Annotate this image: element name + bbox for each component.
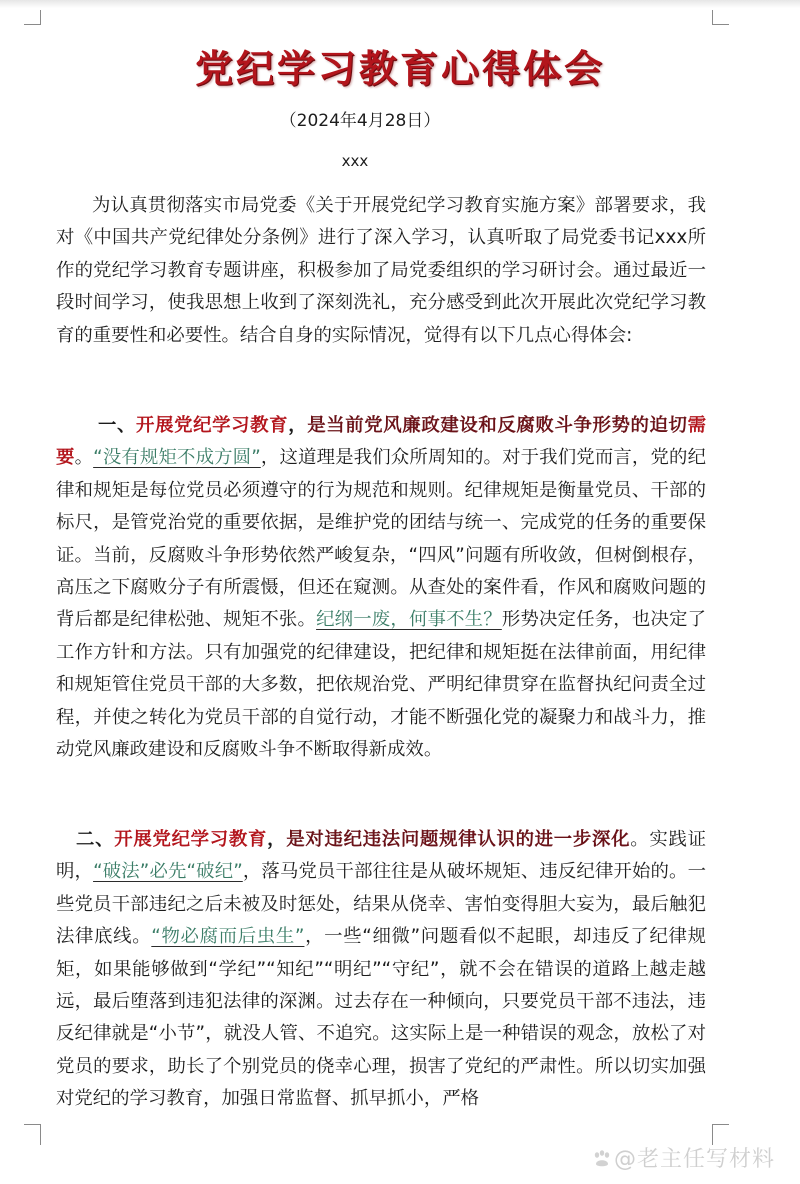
- section-two-heading-separator: ，: [267, 829, 286, 850]
- section-two-number: 二、: [76, 829, 114, 850]
- document-title: 党纪学习教育心得体会: [0, 38, 800, 93]
- section-one-quote-discipline[interactable]: 纪纲一废，何事不生？: [316, 609, 502, 630]
- document-author: xxx: [0, 152, 710, 170]
- section-two-heading-main: 是对违纪违法问题规律认识的进一步深化: [286, 829, 630, 850]
- section-one-heading-main: 是当前党风廉政建设和反腐败斗争形势的迫切: [307, 415, 687, 436]
- section-two-text-part2: ，一些“细微”问题看似不起眼，却违反了纪律规矩，如果能够做到“学纪”“知纪”“明…: [56, 926, 706, 1109]
- section-one-text-part1: ，这道理是我们众所周知的。对于我们党而言，党的纪律和规矩是每位党员必须遵守的行为…: [56, 447, 706, 630]
- section-two-paragraph: 二、开展党纪学习教育，是对违纪违法问题规律认识的进一步深化。实践证明，“破法”必…: [56, 824, 706, 1116]
- page-corner-mark-top-left: [24, 10, 41, 25]
- section-one-paragraph: 一、开展党纪学习教育，是当前党风廉政建设和反腐败斗争形势的迫切需要。“没有规矩不…: [56, 410, 706, 766]
- section-one-heading-end: 。: [75, 447, 94, 468]
- section-one-number: 一、: [98, 415, 136, 436]
- section-one-heading-lead: 开展党纪学习教育: [136, 415, 288, 436]
- intro-paragraph: 为认真贯彻落实市局党委《关于开展党纪学习教育实施方案》部署要求，我对《中国共产党…: [56, 190, 706, 352]
- paw-icon: [592, 1149, 612, 1169]
- section-one-heading-separator: ，: [288, 415, 307, 436]
- section-two-quote-break-law[interactable]: “破法”必先“破纪”: [93, 861, 243, 882]
- section-two-heading-lead: 开展党纪学习教育: [114, 829, 267, 850]
- page-top-shadow: [0, 0, 800, 8]
- watermark-text: @老主任写材料: [614, 1147, 775, 1172]
- section-two-heading-end: 。: [630, 829, 649, 850]
- page-corner-mark-bottom-left: [24, 1124, 41, 1145]
- page-corner-mark-top-right: [712, 10, 729, 25]
- section-two-quote-decay[interactable]: “物必腐而后虫生”: [151, 926, 304, 947]
- section-one-quote-rules[interactable]: “没有规矩不成方圆”: [93, 447, 261, 468]
- watermark: @老主任写材料: [592, 1142, 775, 1173]
- document-date: （2024年4月28日）: [0, 106, 720, 131]
- section-one-text-part2: 形势决定任务，也决定了工作方针和方法。只有加强党的纪律建设，把纪律和规矩挺在法律…: [56, 609, 706, 760]
